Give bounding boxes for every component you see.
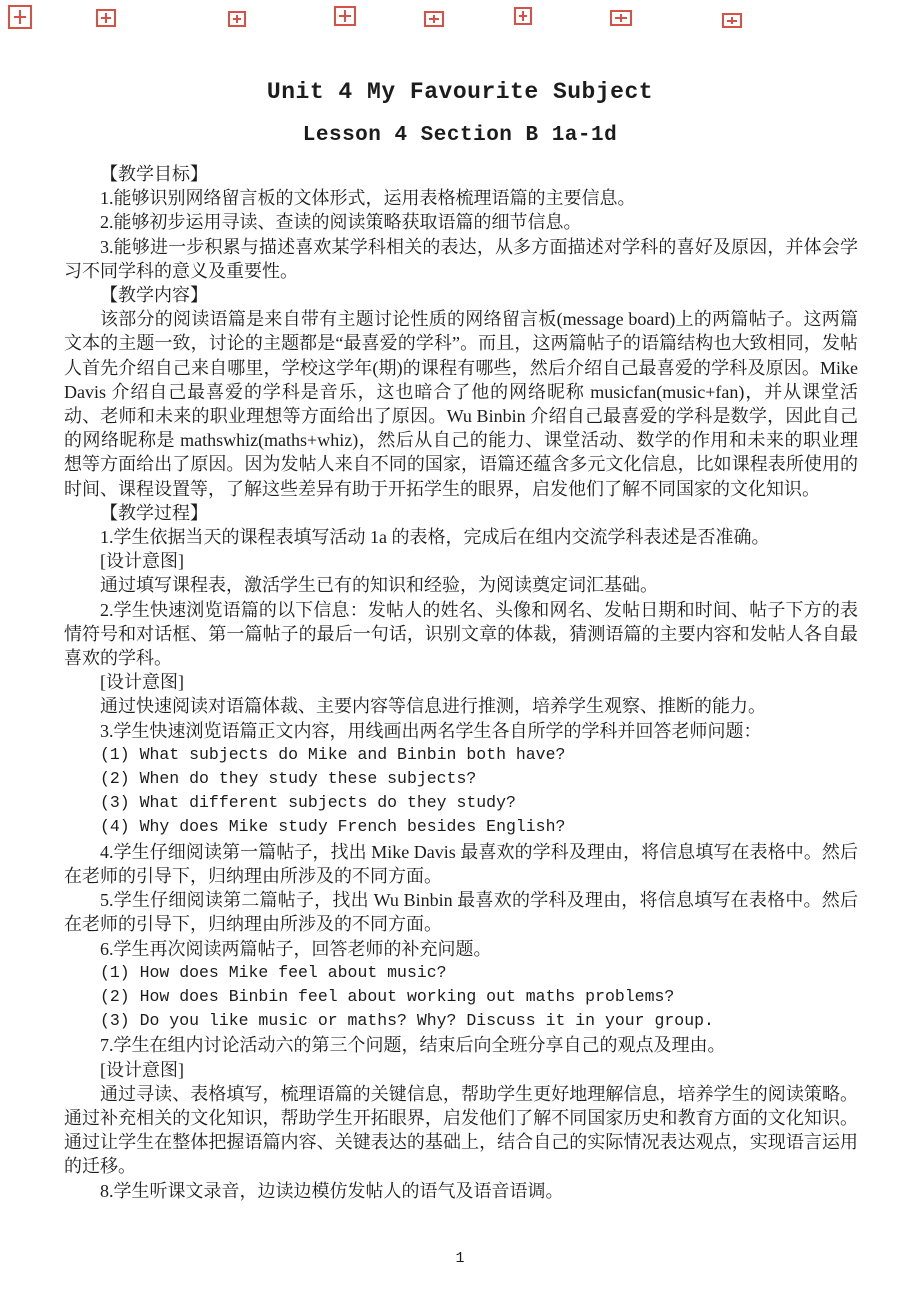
section-heading-content: 【教学内容】 xyxy=(64,283,858,307)
document-page: Unit 4 My Favourite Subject Lesson 4 Sec… xyxy=(0,0,920,1302)
design-intent-label: [设计意图] xyxy=(64,1058,858,1082)
question-line: (3) Do you like music or maths? Why? Dis… xyxy=(64,1009,858,1033)
document-body: 【教学目标】 1.能够识别网络留言板的文体形式，运用表格梳理语篇的主要信息。 2… xyxy=(64,162,858,1203)
paragraph: 5.学生仔细阅读第二篇帖子，找出 Wu Binbin 最喜欢的学科及理由，将信息… xyxy=(64,888,858,936)
paragraph: 2.学生快速浏览语篇的以下信息：发帖人的姓名、头像和网名、发帖日期和时间、帖子下… xyxy=(64,598,858,671)
paragraph: 2.能够初步运用寻读、查读的阅读策略获取语篇的细节信息。 xyxy=(64,210,858,234)
red-ink-mark xyxy=(610,10,632,26)
paragraph: 6.学生再次阅读两篇帖子，回答老师的补充问题。 xyxy=(64,937,858,961)
question-line: (4) Why does Mike study French besides E… xyxy=(64,815,858,839)
question-line: (2) When do they study these subjects? xyxy=(64,767,858,791)
page-number: 1 xyxy=(0,1250,920,1268)
paragraph: 1.学生依据当天的课程表填写活动 1a 的表格，完成后在组内交流学科表述是否准确… xyxy=(64,525,858,549)
paragraph: 该部分的阅读语篇是来自带有主题讨论性质的网络留言板(message board)… xyxy=(64,307,858,501)
paragraph: 通过寻读、表格填写，梳理语篇的关键信息，帮助学生更好地理解信息，培养学生的阅读策… xyxy=(64,1082,858,1179)
paragraph: 7.学生在组内讨论活动六的第三个问题，结束后向全班分享自己的观点及理由。 xyxy=(64,1033,858,1057)
paragraph: 3.学生快速浏览语篇正文内容，用线画出两名学生各自所学的学科并回答老师问题： xyxy=(64,719,858,743)
paragraph: 1.能够识别网络留言板的文体形式，运用表格梳理语篇的主要信息。 xyxy=(64,186,858,210)
red-ink-mark xyxy=(96,9,116,27)
red-ink-mark xyxy=(722,13,742,28)
section-heading-objectives: 【教学目标】 xyxy=(64,162,858,186)
red-ink-mark xyxy=(334,6,356,26)
paragraph: 4.学生仔细阅读第一篇帖子，找出 Mike Davis 最喜欢的学科及理由，将信… xyxy=(64,840,858,888)
question-line: (1) How does Mike feel about music? xyxy=(64,961,858,985)
paragraph: 8.学生听课文录音，边读边模仿发帖人的语气及语音语调。 xyxy=(64,1179,858,1203)
question-line: (1) What subjects do Mike and Binbin bot… xyxy=(64,743,858,767)
red-ink-mark xyxy=(228,11,246,27)
design-intent-label: [设计意图] xyxy=(64,670,858,694)
question-line: (2) How does Binbin feel about working o… xyxy=(64,985,858,1009)
document-title: Unit 4 My Favourite Subject xyxy=(0,0,920,108)
paragraph: 通过填写课程表，激活学生已有的知识和经验，为阅读奠定词汇基础。 xyxy=(64,573,858,597)
question-line: (3) What different subjects do they stud… xyxy=(64,791,858,815)
paragraph: 3.能够进一步积累与描述喜欢某学科相关的表达，从多方面描述对学科的喜好及原因，并… xyxy=(64,235,858,283)
section-heading-process: 【教学过程】 xyxy=(64,501,858,525)
red-ink-mark xyxy=(8,5,32,29)
red-ink-mark xyxy=(514,7,532,25)
paragraph: 通过快速阅读对语篇体裁、主要内容等信息进行推测，培养学生观察、推断的能力。 xyxy=(64,694,858,718)
design-intent-label: [设计意图] xyxy=(64,549,858,573)
red-ink-mark xyxy=(424,11,444,27)
document-subtitle: Lesson 4 Section B 1a-1d xyxy=(0,122,920,150)
